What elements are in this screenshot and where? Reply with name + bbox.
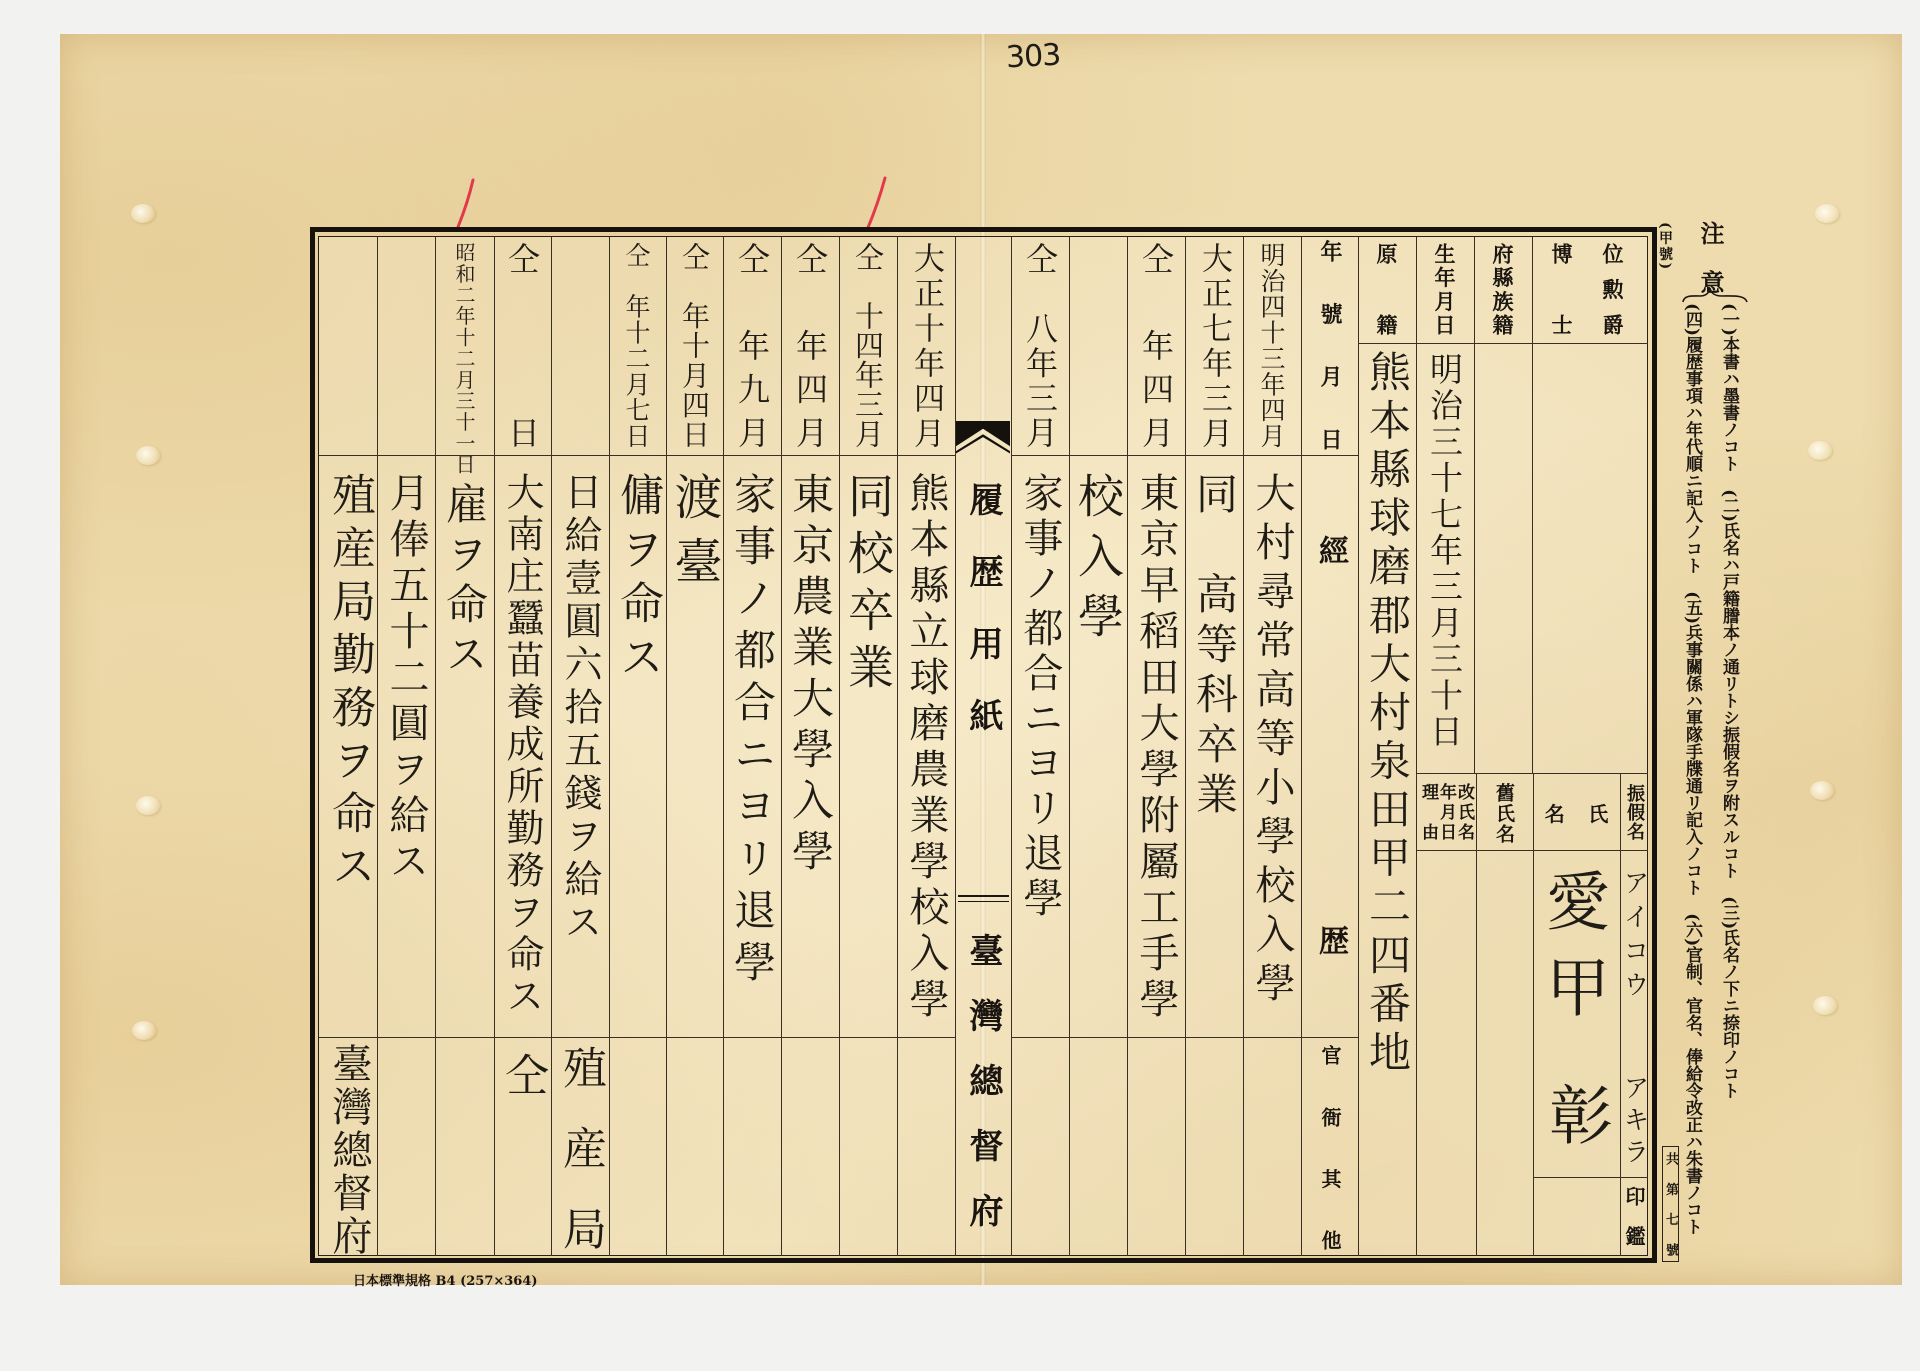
grid-line (1011, 237, 1012, 1256)
grid-line (1127, 237, 1128, 1256)
grid-line (1243, 237, 1244, 1256)
domicile-value: 熊本縣球磨郡大村泉田甲二四番地 (1366, 350, 1408, 1072)
entry-event: 東京農業大學入學 (789, 472, 831, 880)
entry-event: 校入學 (1075, 472, 1121, 652)
entry-date (564, 242, 596, 448)
entry-event: 家事ノ都合ニヨリ退學 (1020, 472, 1060, 922)
double-rule (958, 895, 1009, 897)
grid-line (666, 237, 667, 1256)
notes-line: (四)履歴事項ハ年代順ニ記入ノコト (五)兵事關係ハ軍隊手牒通リ記入ノコト (六… (1683, 303, 1700, 1235)
grid-line (1532, 237, 1533, 773)
furigana-given: アキラ (1621, 1074, 1647, 1170)
entry-date: 仝 八年三月 (1024, 242, 1056, 448)
grid-line (494, 237, 495, 1256)
entry-event: 同 高等科卒業 (1193, 472, 1235, 822)
birth-date-label: 生年月日 (1434, 243, 1455, 335)
grid-line (319, 1037, 955, 1038)
grid-line (1416, 237, 1417, 1256)
entry-date: 大正七年三月 (1198, 242, 1229, 448)
double-rule (958, 901, 1009, 902)
grid-line (1358, 237, 1359, 1256)
entry-event: 傭ヲ命ス (615, 472, 659, 688)
grid-line (1620, 773, 1621, 1256)
name-given: 彰 (1543, 1082, 1607, 1146)
emboss-mark (131, 204, 155, 223)
entry-date: 仝 年四月 (1140, 242, 1172, 448)
paper-standard-label: 日本標準規格 B4 (257×364) (353, 1270, 538, 1289)
form-issuer: 臺灣總督府 (966, 933, 1000, 1258)
grid-line (723, 237, 724, 1256)
entry-date: 仝 年四月 (794, 242, 826, 448)
emboss-mark (1815, 204, 1839, 223)
grid-line (377, 237, 378, 1256)
birth-date-value: 明治三十七年三月三十日 (1428, 352, 1461, 747)
grid-line (1417, 773, 1648, 774)
grid-line (1474, 237, 1475, 773)
entry-date: 明治四十三年四月 (1259, 242, 1284, 448)
brace-icon (1682, 286, 1748, 304)
grid-line (1476, 773, 1477, 1256)
entry-event: 渡臺 (670, 472, 718, 600)
entry-date (333, 242, 365, 448)
emboss-mark (136, 796, 160, 815)
entry-event: 東京早稻田大學附屬工手學 (1136, 472, 1176, 1024)
grid-line (1012, 455, 1358, 456)
grid-line (1533, 773, 1534, 1256)
entry-event: 月俸五十二圓ヲ給ス (386, 472, 426, 886)
seal-label: 印鑑 (1624, 1186, 1644, 1246)
emboss-mark (1808, 441, 1832, 460)
history-label-reki: 歴 (1315, 925, 1345, 955)
grid-line (319, 455, 955, 456)
grid-line (1069, 237, 1070, 1256)
grid-line (551, 237, 552, 1256)
doctorate-label: 博士 (1551, 243, 1572, 335)
entry-event: 殖産局勤務ヲ命ス (327, 472, 371, 896)
entry-date (390, 242, 422, 448)
furigana-family: アイコウ (1621, 869, 1647, 1005)
entry-event: 日給壹圓六拾五錢ヲ給ス (561, 472, 599, 945)
grid-line (1534, 1177, 1648, 1178)
entry-office: 臺灣總督府 (329, 1043, 369, 1258)
entry-event: 大南庄蠶苗養成所勤務ヲ命ス (503, 472, 541, 1018)
domicile-label: 原籍 (1376, 243, 1397, 335)
entry-event: 家事ノ都合ニヨリ退學 (731, 472, 773, 992)
entry-event: 熊本縣立球磨農業學校入學 (906, 472, 946, 1024)
series-number-label: 共第七號 (1664, 1152, 1677, 1256)
former-name-label: 舊氏名 (1494, 783, 1513, 843)
entry-date: 大正十年四月 (910, 242, 941, 448)
furigana-label: 振假名 (1625, 784, 1643, 840)
grid-line (955, 237, 956, 1256)
entry-event: 雇ヲ命ス (443, 482, 485, 682)
grid-line (435, 237, 436, 1256)
grid-line (1185, 237, 1186, 1256)
emboss-mark (1810, 781, 1834, 800)
entry-date: 仝 年九月 (736, 242, 768, 448)
entry-date: 仝 年十月四日 (680, 242, 708, 448)
history-date-label: 年號月日 (1319, 240, 1341, 450)
entry-date: 仝 日 (506, 242, 538, 448)
grid-line (1417, 850, 1648, 851)
notes-line: (一)本書ハ墨書ノコト (二)氏名ハ戸籍謄本ノ通リトシ振假名ヲ附スルコト (三)… (1720, 303, 1737, 1099)
emboss-mark (136, 446, 160, 465)
grid-line (781, 237, 782, 1256)
entry-event: 大村尋常高等小學校入學 (1252, 472, 1292, 1011)
entry-date: 昭和二年十二月三十一日 (454, 242, 474, 474)
rank-label: 位勲爵 (1602, 243, 1623, 335)
name-change-label: 改氏名 (1455, 783, 1472, 840)
entry-date: 仝 年十二月七日 (624, 242, 649, 448)
prefecture-class-label: 府縣族籍 (1492, 243, 1513, 335)
name-change-label: 理由 (1419, 783, 1436, 840)
grid-line (1301, 237, 1302, 1256)
grid-line (839, 237, 840, 1256)
entry-date (1082, 242, 1114, 448)
grid-line (609, 237, 610, 1256)
entry-event: 同校卒業 (845, 472, 891, 700)
grid-line (1012, 1037, 1358, 1038)
grid-line (897, 237, 898, 1256)
name-label: 氏名 (1533, 803, 1620, 825)
page-number: 303 (1005, 38, 1061, 76)
history-office-label: 官衙其他 (1320, 1045, 1340, 1250)
grid-line (1359, 343, 1648, 344)
entry-date: 仝 十四年三月 (853, 242, 882, 448)
entry-office: 仝 (500, 1052, 544, 1096)
entry-office: 殖産局 (558, 1045, 602, 1250)
form-title: 履歴用紙 (966, 482, 1000, 770)
history-label-kei: 經 (1315, 535, 1345, 565)
emboss-mark (1813, 996, 1837, 1015)
emboss-mark (132, 1021, 156, 1040)
name-family: 愛甲 (1540, 868, 1604, 1040)
name-change-label: 年月日 (1437, 783, 1454, 840)
form-type-label: (甲號) (1658, 222, 1672, 271)
